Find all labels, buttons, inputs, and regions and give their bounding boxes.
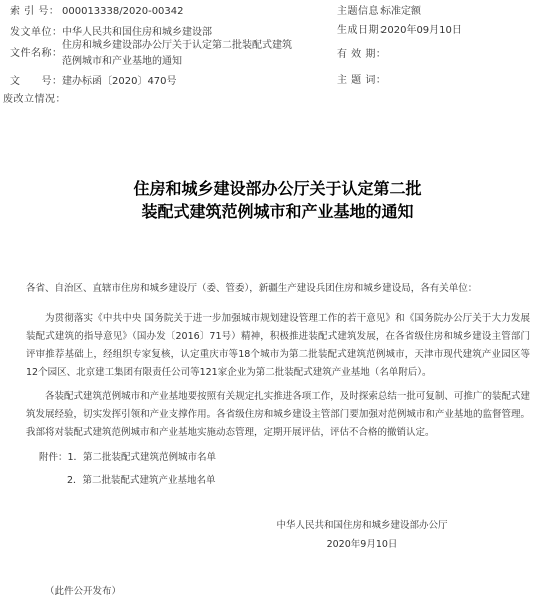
attachment-row-2: 2．第二批装配式建筑产业基地名单 (26, 472, 530, 490)
meta-row-doc-number: 文 号： 建办标函〔2020〕470号 (10, 75, 177, 89)
doc-number-label: 文 号： (10, 75, 62, 89)
repeal-status-label: 废改立情况： (3, 93, 62, 107)
document-body: 各省、自治区、直辖市住房和城乡建设厅（委、管委），新疆生产建设兵团住房和城乡建设… (26, 280, 530, 490)
subject-info-value: 标准定额 (381, 5, 421, 19)
page-title: 住房和城乡建设部办公厅关于认定第二批 装配式建筑范例城市和产业基地的通知 (0, 177, 555, 223)
keywords-label: 主 题 词： (337, 74, 381, 88)
meta-row-index-number: 索 引 号： 000013338/2020-00342 (10, 5, 184, 19)
attachment-row-1: 附件：1．第二批装配式建筑范例城市名单 (26, 449, 530, 467)
attachment-item-1: 1．第二批装配式建筑范例城市名单 (68, 452, 217, 463)
index-number-label: 索 引 号： (10, 5, 62, 19)
public-release-note: （此件公开发布） (45, 583, 121, 601)
document-page: 索 引 号： 000013338/2020-00342 发文单位： 中华人民共和… (0, 0, 555, 606)
doc-number-value: 建办标函〔2020〕470号 (62, 75, 177, 89)
meta-row-validity-period: 有 效 期： (337, 48, 381, 62)
generate-date-label: 生成日期： (337, 24, 381, 38)
salutation: 各省、自治区、直辖市住房和城乡建设厅（委、管委），新疆生产建设兵团住房和城乡建设… (26, 280, 530, 298)
generate-date-value: 2020年09月10日 (381, 24, 462, 38)
signature-org: 中华人民共和国住房和城乡建设部办公厅 (170, 517, 554, 535)
subject-info-label: 主题信息： (337, 5, 381, 19)
page-title-line-1: 住房和城乡建设部办公厅关于认定第二批 (0, 177, 555, 200)
meta-row-repeal-status: 废改立情况： (3, 93, 62, 107)
validity-period-label: 有 效 期： (337, 48, 381, 62)
file-name-value: 住房和城乡建设部办公厅关于认定第二批装配式建筑范例城市和产业基地的通知 (62, 38, 294, 70)
meta-row-keywords: 主 题 词： (337, 74, 381, 88)
attachment-item-2: 2．第二批装配式建筑产业基地名单 (67, 475, 216, 486)
signature-date: 2020年9月10日 (170, 536, 554, 554)
signature-block: 中华人民共和国住房和城乡建设部办公厅 2020年9月10日 (170, 517, 554, 554)
paragraph-2: 各装配式建筑范例城市和产业基地要按照有关规定扎实推进各项工作，及时探索总结一批可… (26, 388, 530, 442)
paragraph-1: 为贯彻落实《中共中央 国务院关于进一步加强城市规划建设管理工作的若干意见》和《国… (26, 310, 530, 382)
file-name-label: 文件名称： (10, 47, 62, 61)
attachment-label: 附件： (39, 452, 68, 463)
meta-row-generate-date: 生成日期： 2020年09月10日 (337, 24, 462, 38)
index-number-value: 000013338/2020-00342 (62, 5, 184, 19)
page-title-line-2: 装配式建筑范例城市和产业基地的通知 (0, 200, 555, 223)
meta-row-file-name: 文件名称： 住房和城乡建设部办公厅关于认定第二批装配式建筑范例城市和产业基地的通… (10, 38, 294, 70)
meta-row-subject-info: 主题信息： 标准定额 (337, 5, 421, 19)
